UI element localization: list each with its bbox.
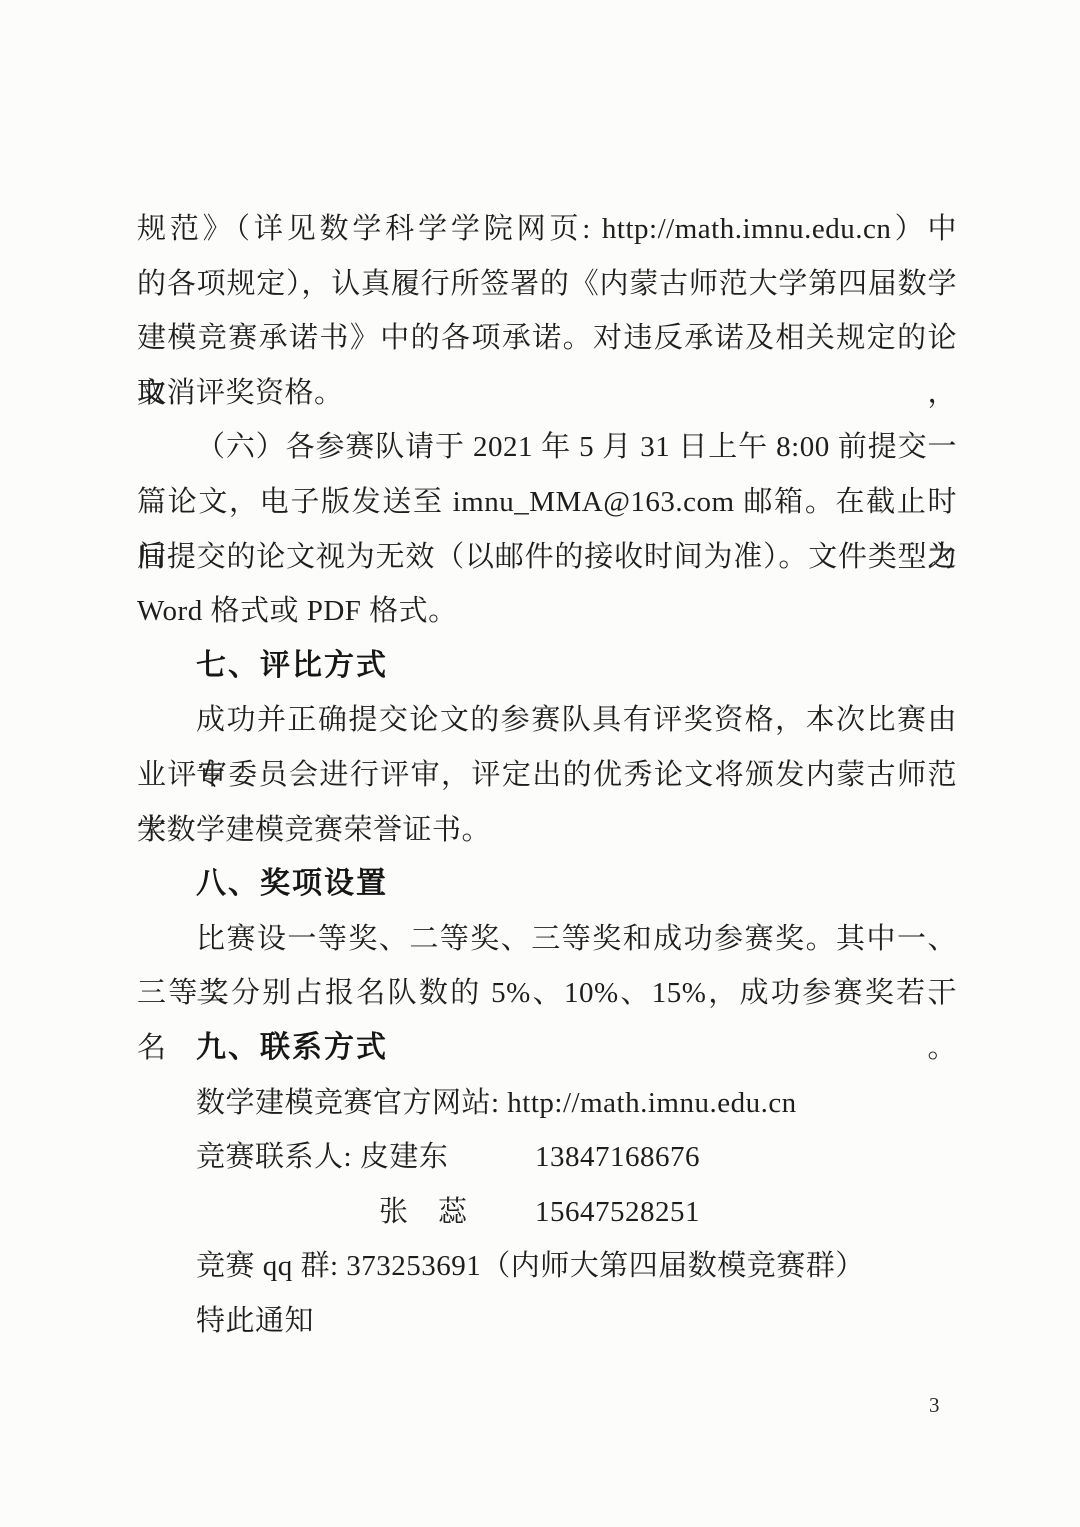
body-text-line: Word 格式或 PDF 格式。 [137, 584, 957, 639]
body-text-line: 规范》（详见数学科学学院网页: http://math.imnu.edu.cn）… [137, 202, 957, 257]
body-text-line: 学数学建模竞赛荣誉证书。 [137, 803, 957, 858]
contact-row: 张 蕊 15647528251 [137, 1185, 957, 1240]
section-heading-evaluation: 七、评比方式 [137, 639, 957, 694]
section-heading-awards: 八、奖项设置 [137, 857, 957, 912]
contact-phone: 13847168676 [535, 1130, 700, 1185]
body-text-line: 取消评奖资格。 [137, 366, 957, 421]
body-text-line: 建模竞赛承诺书》中的各项承诺。对违反承诺及相关规定的论文， [137, 311, 957, 366]
body-text-line: 的各项规定），认真履行所签署的《内蒙古师范大学第四届数学 [137, 257, 957, 312]
document-page: 规范》（详见数学科学学院网页: http://math.imnu.edu.cn）… [0, 0, 1080, 1527]
body-text-line: （六）各参赛队请于 2021 年 5 月 31 日上午 8:00 前提交一 [137, 420, 957, 475]
contact-name: 张 蕊 [379, 1196, 468, 1228]
document-body: 规范》（详见数学科学学院网页: http://math.imnu.edu.cn）… [137, 202, 957, 1348]
contact-phone: 15647528251 [535, 1185, 700, 1240]
body-text-line: 篇论文，电子版发送至 imnu_MMA@163.com 邮箱。在截止时间之 [137, 475, 957, 530]
body-text-line: 成功并正确提交论文的参赛队具有评奖资格，本次比赛由专 [137, 693, 957, 748]
body-text-line: 三等奖分别占报名队数的 5%、10%、15%，成功参赛奖若干名。 [137, 966, 957, 1021]
page-number: 3 [929, 1392, 940, 1418]
website-line: 数学建模竞赛官方网站: http://math.imnu.edu.cn [137, 1076, 957, 1131]
contact-row: 竞赛联系人: 皮建东 13847168676 [137, 1130, 957, 1185]
qq-group-line: 竞赛 qq 群: 373253691（内师大第四届数模竞赛群） [137, 1239, 957, 1294]
closing-line: 特此通知 [137, 1294, 957, 1349]
body-text-line: 比赛设一等奖、二等奖、三等奖和成功参赛奖。其中一、二、 [137, 912, 957, 967]
body-text-line: 后提交的论文视为无效（以邮件的接收时间为准）。文件类型为 [137, 530, 957, 585]
section-heading-contact: 九、联系方式 [137, 1021, 957, 1076]
contact-label: 竞赛联系人: [196, 1141, 360, 1173]
body-text-line: 业评审委员会进行评审，评定出的优秀论文将颁发内蒙古师范大 [137, 748, 957, 803]
contact-name: 皮建东 [360, 1141, 449, 1173]
